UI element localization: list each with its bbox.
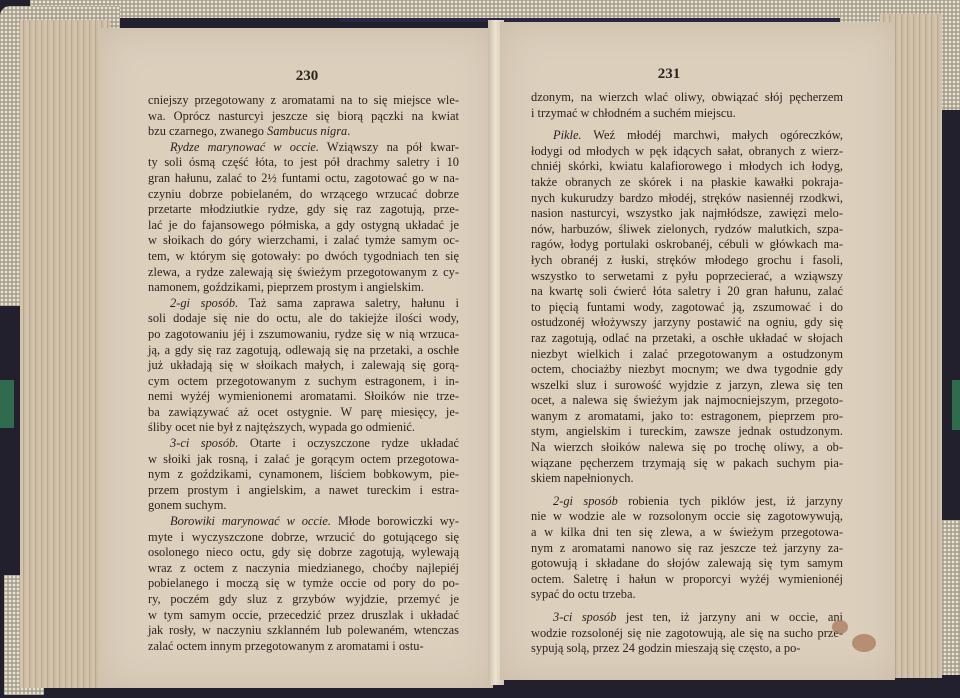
text-line: także obranych ze skórek i na płaskie ka… <box>531 175 843 191</box>
text-line: zalać octem innym przegotowanym z aromat… <box>148 639 459 655</box>
text-line: łych obranéj z łuski, stręków młodego gr… <box>531 253 843 269</box>
text-line: zlewa, a rydze zalewają się świeżym prze… <box>148 265 459 281</box>
text-line: w słoiki jak rosną, i zalać je gorącym o… <box>148 452 459 468</box>
text-line: gran hałunu, zalać to 2½ funtami octu, z… <box>148 171 459 187</box>
text-line: Borowiki marynować w occie. Młode borowi… <box>148 514 459 530</box>
text-line: tem, w którym się gotowały: po dwóch tyg… <box>148 249 459 265</box>
left-page: 230 cniejszy przegotowany z aromatami na… <box>100 28 493 688</box>
page-number: 231 <box>639 66 699 83</box>
page-edges-left <box>20 20 110 688</box>
text-line: wszystko to serwetami z pyłu poprzeciera… <box>531 269 843 285</box>
text-line: Na wierzch słoików nalewa się po trochę … <box>531 440 843 456</box>
text-line: to pięcią funtami wody, zagotować ją, zs… <box>531 300 843 316</box>
text-line: nów, harbuzów, śliwek zielonych, rydzów … <box>531 222 843 238</box>
text-line: octem, chociażby niezbyt mocnym; we dwa … <box>531 362 843 378</box>
text-line: ragów, łodyg portulaki oskrobanéj, cébul… <box>531 237 843 253</box>
text-line: w tym samym occie, przecedzić przez drus… <box>148 608 459 624</box>
text-line: nym z aromatami nanowo się raz jeszcze t… <box>531 541 843 557</box>
text-line: nemi wyżéj wymienionemi aromatami. Słoik… <box>148 389 459 405</box>
text-line: Pikle. Weź młodéj marchwi, małych ogórec… <box>531 128 843 144</box>
text-line: chniéj skórki, kwiatu kalafiorowego i mł… <box>531 159 843 175</box>
text-line: soli dodaje się nie do octu, ale do taki… <box>148 311 459 327</box>
text-line: ostudzonéj włożywszy jarzyny postawić na… <box>531 315 843 331</box>
text-line: ty soli ósmą część łóta, to jest pół dra… <box>148 155 459 171</box>
text-line: wraz z octem z naczynia miedzianego, cho… <box>148 561 459 577</box>
text-line: przetarte młodziutkie rydze, gdy się raz… <box>148 202 459 218</box>
text-line: sypać do octu trzeba. <box>531 587 843 603</box>
text-line: sypują solą, przez 24 godzin mieszają si… <box>531 641 843 657</box>
text-line: wszelki sluz i surowość wyjdzie z jarzyn… <box>531 378 843 394</box>
right-page: 231 dzonym, na wierzch wlać oliwy, obwią… <box>500 22 895 680</box>
text-line: myte i wyczyszczone dobrze, wrzucić do g… <box>148 530 459 546</box>
text-line: gonem suchym. <box>148 498 459 514</box>
text-line: wodzie rozsolonéj się nie zagotowują, al… <box>531 626 843 642</box>
text-line: ją, a gdy się raz zagotują, odlewają się… <box>148 343 459 359</box>
text-line: ocet, a nalewa się świeżym jak najmocnie… <box>531 393 843 409</box>
text-line: już układają się w słoikach małych, i za… <box>148 358 459 374</box>
text-line: dzonym, na wierzch wlać oliwy, obwiązać … <box>531 90 843 106</box>
text-line: 2-gi sposób robienia tych piklów jest, i… <box>531 494 843 510</box>
stain <box>852 634 876 652</box>
text-line: osolonego nieco octu, gdy się dobrze zag… <box>148 545 459 561</box>
green-ribbon-right <box>952 380 960 430</box>
text-line: ba zawiązywać aż ocet ostygnie. W parę m… <box>148 405 459 421</box>
text-line: niezbyt wielkich i zalać przegotowanym a… <box>531 347 843 363</box>
text-line: 3-ci sposób jest ten, iż jarzyny ani w o… <box>531 610 843 626</box>
text-line: namonem, goździkami, pieprzem prostym i … <box>148 280 459 296</box>
cloth-binding-top <box>30 0 930 18</box>
text-line: lać je do fajansowego półmiska, a gdy os… <box>148 218 459 234</box>
text-line: nie w wodzie ale w rozsolonym occie się … <box>531 509 843 525</box>
text-line: skiem napełnionych. <box>531 471 843 487</box>
text-line: na kwartę soli ćwierć łóta saletry i 20 … <box>531 284 843 300</box>
text-line: cym octem przegotowanym z suchym estrago… <box>148 374 459 390</box>
text-line: łodygi od młodych w pęk idących sałat, o… <box>531 144 843 160</box>
text-line: i trzymać w chłodném a suchém miejscu. <box>531 106 843 122</box>
stain <box>832 620 848 634</box>
text-line: octem. Saletrę i hałun w proporcyi wyżéj… <box>531 572 843 588</box>
text-line: pobielanego i moczą się w tymże occie od… <box>148 576 459 592</box>
text-line: nych kukurudzy bardzo młodéj, stręków na… <box>531 191 843 207</box>
page-body: dzonym, na wierzch wlać oliwy, obwiązać … <box>531 90 843 657</box>
text-line: Rydze marynować w occie. Wziąwszy na pół… <box>148 140 459 156</box>
text-line: w słoikach do góry wierzchami, i zalać t… <box>148 233 459 249</box>
text-line: po zagotowaniu jéj i zszumowaniu, rydze … <box>148 327 459 343</box>
text-line: stym, angielskim i tureckim, zawsze jedn… <box>531 424 843 440</box>
text-line: a w kilka dni ten się zlewa, a w świeżym… <box>531 525 843 541</box>
text-line: 2-gi sposób. Taż sama zaprawa saletry, h… <box>148 296 459 312</box>
text-line: jak rosły, w naczyniu szklanném lub pole… <box>148 623 459 639</box>
text-line: nasion nasturcyi, wszystko jak najmłódsz… <box>531 206 843 222</box>
page-number: 230 <box>277 68 337 85</box>
page-body: cniejszy przegotowany z aromatami na to … <box>148 93 459 654</box>
text-line: cniejszy przegotowany z aromatami na to … <box>148 93 459 109</box>
text-line: czyniu dobrze pobielaném, do wrzącego wr… <box>148 187 459 203</box>
text-line: wanym z aromatami, jako to: estragonem, … <box>531 409 843 425</box>
text-line: raz zagotują, odlać na przetaki, a oschł… <box>531 331 843 347</box>
text-line: przem prostym i angielskim, a nawet ture… <box>148 483 459 499</box>
text-line: bzu czarnego, zwanego Sambucus nigra. <box>148 124 459 140</box>
text-line: gotowują i składane do słojów zalewają s… <box>531 556 843 572</box>
text-line: ry, poczém gdy sluz z grzybów wyjdzie, p… <box>148 592 459 608</box>
text-line: śliby ocet nie był z najtęższych, wypada… <box>148 420 459 436</box>
text-line: wiązane pęcherzem trzymają się w pakach … <box>531 456 843 472</box>
text-line: 3-ci sposób. Otarte i oczyszczone rydze … <box>148 436 459 452</box>
green-ribbon-left <box>0 380 14 428</box>
text-line: nym z goździkami, cynamonem, liściem bob… <box>148 467 459 483</box>
text-line: wa. Oprócz nasturcyi jeszcze się biorą p… <box>148 109 459 125</box>
